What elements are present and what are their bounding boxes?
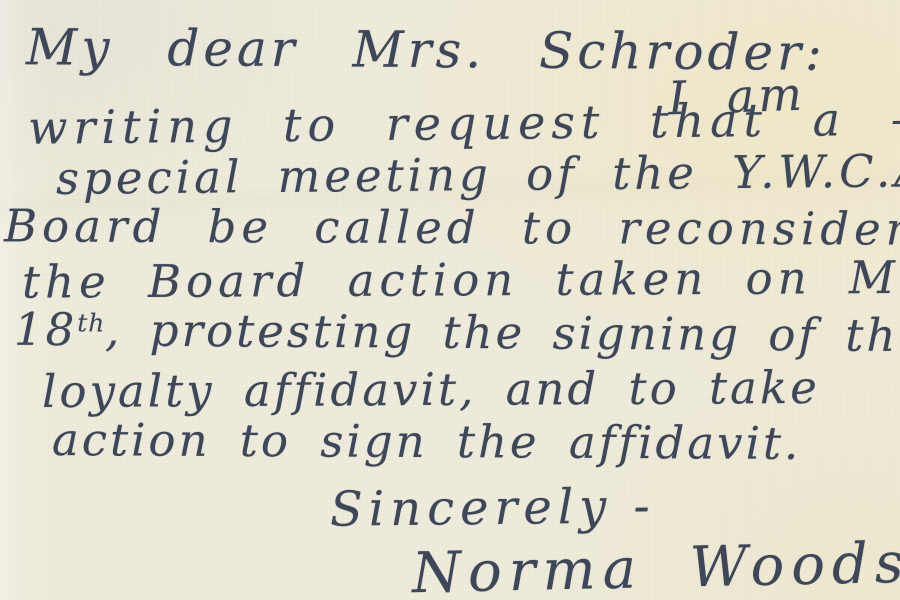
signature: Norma Woods [411, 535, 900, 600]
date-ordinal-superscript: th [77, 308, 105, 337]
letter-line: the Board action taken on March [22, 253, 900, 305]
letter-line: special meeting of the Y.W.C.A. [56, 147, 900, 202]
date-line-rest: , protesting the signing of the [105, 303, 900, 362]
closing-line: Sincerely - [330, 481, 656, 535]
letter-line: writing to request that a — [28, 94, 900, 152]
letter-page: My dear Mrs. Schroder: I am writing to r… [0, 0, 900, 600]
letter-line: action to sign the affidavit. [52, 416, 802, 467]
date-number: 18 [14, 303, 78, 356]
letter-line-date: 18th, protesting the signing of the [14, 306, 900, 360]
letter-line: loyalty affidavit, and to take [42, 364, 820, 415]
letter-line: Board be called to reconsider [4, 202, 900, 252]
